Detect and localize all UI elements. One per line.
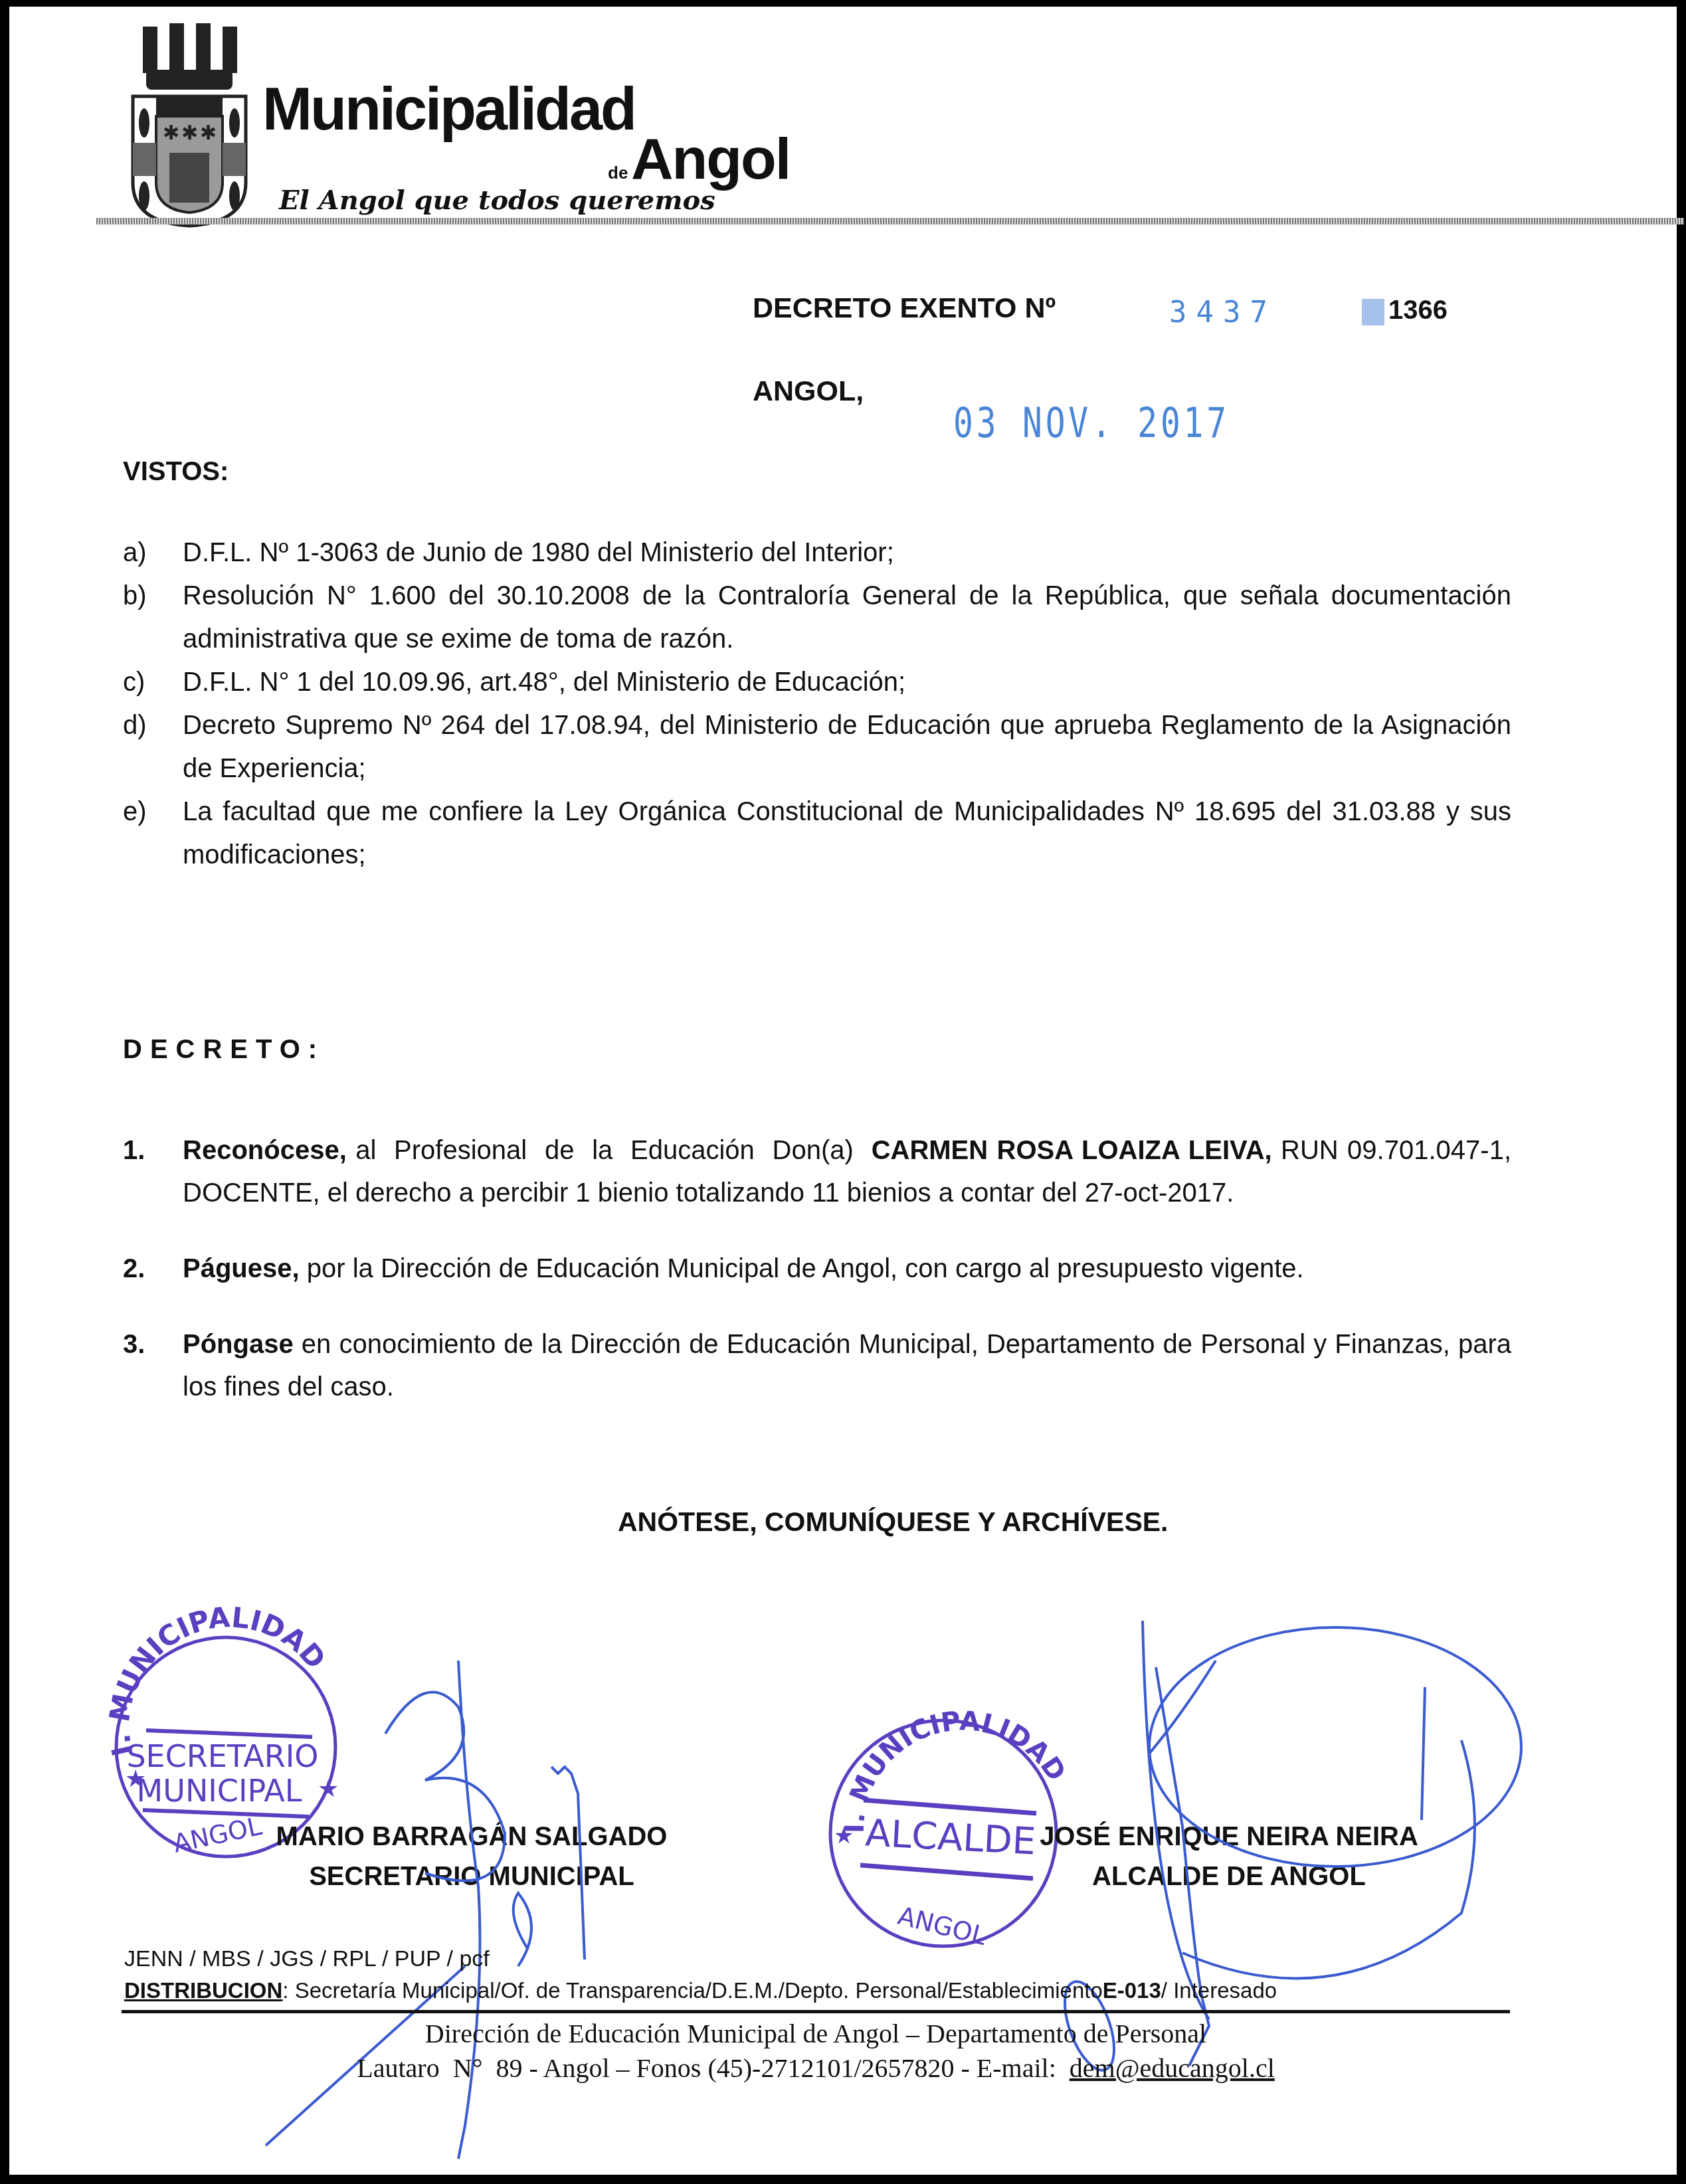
item-marker: a) — [123, 531, 183, 575]
item-text: Páguese, por la Dirección de Educación M… — [183, 1247, 1511, 1290]
item-verb: Póngase — [183, 1330, 294, 1359]
decree-typed-number: 1366 — [1388, 296, 1448, 325]
vistos-item: e) La facultad que me confiere la Ley Or… — [123, 790, 1511, 877]
org-name-de: de — [608, 163, 628, 183]
svg-text:✱: ✱ — [163, 122, 179, 144]
item-marker: 3. — [123, 1323, 183, 1408]
decree-label: DECRETO EXENTO Nº — [753, 292, 1056, 325]
footer-department: Dirección de Educación Municipal de Ango… — [122, 2018, 1510, 2049]
reference-initials: JENN / MBS / JGS / RPL / PUP / pcf — [124, 1946, 490, 1972]
item-marker: d) — [123, 704, 183, 790]
item-text: D.F.L. Nº 1-3063 de Junio de 1980 del Mi… — [183, 531, 1511, 575]
letterhead: ✱✱✱ Municipalidad de Angol El Angol que … — [0, 0, 1686, 239]
city-label: ANGOL, — [753, 375, 864, 408]
item-text: Póngase en conocimiento de la Dirección … — [183, 1323, 1511, 1408]
footer-email-link[interactable]: dem@educangol.cl — [1070, 2053, 1275, 2083]
decreto-item: 1. Reconócese, al Profesional de la Educ… — [123, 1129, 1511, 1214]
item-marker: 2. — [123, 1247, 183, 1290]
signatory-secretary: MARIO BARRAGÁN SALGADO SECRETARIO MUNICI… — [239, 1817, 704, 1896]
header-divider — [96, 218, 1684, 225]
decree-stamped-number: 3437 — [1169, 296, 1277, 329]
decreto-item: 2. Páguese, por la Dirección de Educació… — [123, 1247, 1511, 1290]
establishment-code: E-013 — [1103, 1978, 1161, 2003]
distribution-recipients: : Secretaría Municipal/Of. de Transparen… — [282, 1978, 1102, 2003]
vistos-item: a) D.F.L. Nº 1-3063 de Junio de 1980 del… — [123, 531, 1511, 575]
footer-address: Lautaro N° 89 - Angol – Fonos (45)-27121… — [357, 2053, 1070, 2083]
item-marker: c) — [123, 661, 183, 704]
svg-text:✱: ✱ — [181, 122, 198, 144]
item-marker: b) — [123, 575, 183, 661]
coat-of-arms-icon: ✱✱✱ — [130, 23, 249, 229]
date-stamp: 03 NOV. 2017 — [953, 399, 1230, 447]
item-text: Reconócese, al Profesional de la Educaci… — [183, 1129, 1511, 1214]
item-body: en conocimiento de la Dirección de Educa… — [183, 1330, 1511, 1402]
item-text: La facultad que me confiere la Ley Orgán… — [183, 790, 1511, 877]
vistos-list: a) D.F.L. Nº 1-3063 de Junio de 1980 del… — [123, 531, 1511, 877]
vistos-item: c) D.F.L. N° 1 del 10.09.96, art.48°, de… — [123, 661, 1511, 704]
stamp-smudge-icon — [1362, 299, 1384, 325]
item-text-before-name: al Profesional de la Educación Don(a) — [347, 1136, 872, 1165]
signatory-mayor: JOSÉ ENRIQUE NEIRA NEIRA ALCALDE DE ANGO… — [996, 1817, 1461, 1896]
svg-text:✱: ✱ — [200, 122, 217, 144]
distribution-list: DISTRIBUCION: Secretaría Municipal/Of. d… — [124, 1978, 1277, 2003]
footer-divider — [122, 2010, 1510, 2013]
vistos-item: b) Resolución N° 1.600 del 30.10.2008 de… — [123, 575, 1511, 661]
item-body: por la Dirección de Educación Municipal … — [300, 1254, 1304, 1283]
signatory-name: JOSÉ ENRIQUE NEIRA NEIRA — [996, 1817, 1461, 1857]
decreto-heading: DECRETO: — [123, 1035, 325, 1065]
decreto-list: 1. Reconócese, al Profesional de la Educ… — [123, 1129, 1511, 1441]
signatory-title: ALCALDE DE ANGOL — [996, 1857, 1461, 1896]
item-marker: 1. — [123, 1129, 183, 1214]
vistos-item: d) Decreto Supremo Nº 264 del 17.08.94, … — [123, 704, 1511, 790]
item-verb: Páguese, — [183, 1254, 300, 1283]
decreto-item: 3. Póngase en conocimiento de la Direcci… — [123, 1323, 1511, 1408]
org-name-city: Angol — [631, 130, 790, 188]
signatory-name: MARIO BARRAGÁN SALGADO — [239, 1817, 704, 1857]
item-verb: Reconócese, — [183, 1136, 347, 1165]
beneficiary-name: CARMEN ROSA LOAIZA LEIVA, — [872, 1136, 1272, 1165]
item-text: Resolución N° 1.600 del 30.10.2008 de la… — [183, 575, 1511, 661]
item-marker: e) — [123, 790, 183, 877]
distribution-label: DISTRIBUCION — [124, 1978, 282, 2003]
footer-contact: Lautaro N° 89 - Angol – Fonos (45)-27121… — [122, 2052, 1510, 2084]
item-text: Decreto Supremo Nº 264 del 17.08.94, del… — [183, 704, 1511, 790]
closing-formula: ANÓTESE, COMUNÍQUESE Y ARCHÍVESE. — [618, 1506, 1169, 1538]
item-text: D.F.L. N° 1 del 10.09.96, art.48°, del M… — [183, 661, 1511, 704]
vistos-heading: VISTOS: — [123, 457, 229, 487]
signatory-title: SECRETARIO MUNICIPAL — [239, 1857, 704, 1896]
org-name: Municipalidad — [262, 80, 635, 139]
distribution-last: / Interesado — [1161, 1978, 1277, 2003]
slogan: El Angol que todos queremos — [279, 185, 715, 216]
